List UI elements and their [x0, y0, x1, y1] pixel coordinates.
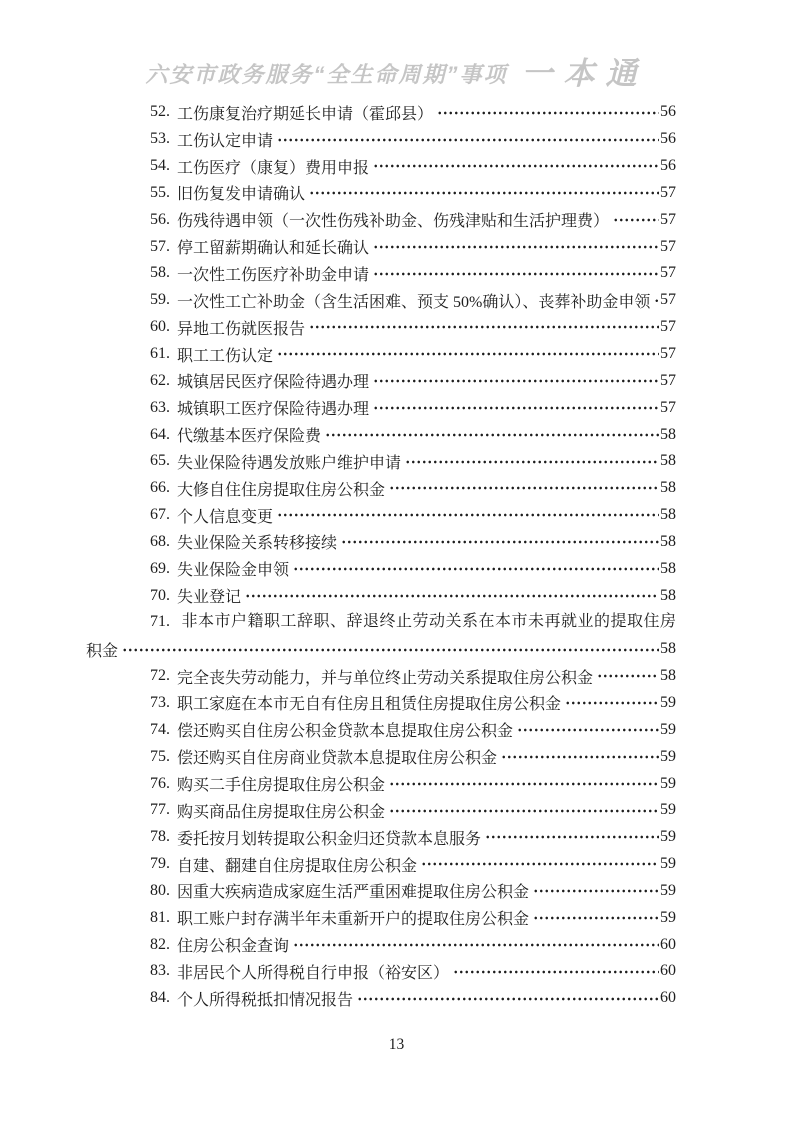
toc-entry-number: 64.	[150, 426, 170, 444]
toc-page-number: 57	[660, 318, 676, 336]
toc-entry: 78.委托按月划转提取公积金归还贷款本息服务59	[86, 824, 676, 851]
toc-entry-title: 失业保险金申领	[177, 557, 289, 580]
toc-entry: 79.自建、翻建自住房提取住房公积金59	[86, 851, 676, 878]
toc-entry-title: 旧伤复发申请确认	[177, 181, 305, 204]
dot-leader	[277, 502, 659, 529]
toc-entry-number: 60.	[150, 318, 170, 336]
toc-page-number: 56	[660, 103, 676, 121]
toc-entry-title: 个人所得税抵扣情况报告	[177, 987, 353, 1010]
toc-entry: 69.失业保险金申领58	[86, 555, 676, 582]
toc-entry: 82.住房公积金查询60	[86, 931, 676, 958]
toc-page-number: 59	[660, 909, 676, 927]
toc-entry: 75.偿还购买自住房商业贷款本息提取住房公积金59	[86, 743, 676, 770]
toc-entry-title: 城镇居民医疗保险待遇办理	[177, 369, 369, 392]
toc-entry-title: 失业登记	[177, 584, 241, 607]
dot-leader	[373, 394, 659, 421]
toc-entry-title: 自建、翻建自住房提取住房公积金	[177, 853, 417, 876]
toc-entry-number: 71.	[150, 613, 170, 630]
dot-leader	[453, 958, 659, 985]
toc-entry-title: 积金	[86, 638, 118, 661]
page-number: 13	[389, 1036, 405, 1053]
toc-page-number: 58	[660, 560, 676, 578]
toc-entry-title: 职工账户封存满半年未重新开户的提取住房公积金	[177, 906, 529, 929]
dot-leader	[293, 555, 659, 582]
toc-entry-number: 62.	[150, 372, 170, 390]
toc-entry-number: 65.	[150, 452, 170, 470]
toc-entry-number: 67.	[150, 506, 170, 524]
toc-entry: 70.失业登记58	[86, 582, 676, 609]
toc-page-number: 59	[660, 855, 676, 873]
toc-entry-number: 53.	[150, 130, 170, 148]
toc-entry-title: 城镇职工医疗保险待遇办理	[177, 396, 369, 419]
toc-page-number: 56	[660, 157, 676, 175]
toc-entry-title: 失业保险关系转移接续	[177, 530, 337, 553]
toc-page-number: 57	[660, 345, 676, 363]
toc-entry: 81.职工账户封存满半年未重新开户的提取住房公积金59	[86, 904, 676, 931]
dot-leader	[389, 770, 659, 797]
dot-leader	[277, 126, 659, 153]
dot-leader	[437, 99, 659, 126]
toc-entry: 80.因重大疾病造成家庭生活严重困难提取住房公积金59	[86, 877, 676, 904]
toc-entry-number: 58.	[150, 264, 170, 282]
dot-leader	[293, 931, 659, 958]
toc-page-number: 57	[660, 291, 676, 309]
dot-leader	[309, 180, 659, 207]
toc-entry-number: 80.	[150, 882, 170, 900]
toc-entry-title: 非居民个人所得税自行申报（裕安区）	[177, 960, 449, 983]
toc-entry: 74.偿还购买自住房公积金贷款本息提取住房公积金59	[86, 716, 676, 743]
toc-entry-number: 82.	[150, 936, 170, 954]
toc-entry-number: 84.	[150, 989, 170, 1007]
toc-entry: 61.职工工伤认定57	[86, 341, 676, 368]
toc-page-number: 57	[660, 184, 676, 202]
toc-page-number: 60	[660, 989, 676, 1007]
toc-page-number: 59	[660, 801, 676, 819]
toc-entry-title: 购买二手住房提取住房公积金	[177, 772, 385, 795]
toc-entry-title: 完全丧失劳动能力，并与单位终止劳动关系提取住房公积金	[177, 665, 593, 688]
toc-entry-number: 83.	[150, 962, 170, 980]
dot-leader	[597, 663, 659, 690]
toc-entry-title: 大修自住住房提取住房公积金	[177, 477, 385, 500]
toc-entry-number: 81.	[150, 909, 170, 927]
toc-entry-title: 非本市户籍职工辞职、辞退终止劳动关系在本市未再就业的提取住房公	[150, 613, 676, 636]
dot-leader	[277, 341, 659, 368]
header-brand: 一本通	[522, 56, 648, 91]
page-header: 六安市政务服务“全生命周期”事项一本通	[0, 48, 793, 93]
toc-entry-number: 78.	[150, 828, 170, 846]
toc-entry-title: 停工留薪期确认和延长确认	[177, 235, 369, 258]
toc-entry-title: 偿还购买自住房商业贷款本息提取住房公积金	[177, 745, 497, 768]
table-of-contents: 52.工伤康复治疗期延长申请（霍邱县）5653.工伤认定申请5654.工伤医疗（…	[86, 99, 676, 1012]
dot-leader	[613, 206, 659, 233]
toc-entry: 52.工伤康复治疗期延长申请（霍邱县）56	[86, 99, 676, 126]
toc-entry-title: 职工家庭在本市无自有住房且租赁住房提取住房公积金	[177, 691, 561, 714]
toc-entry: 65.失业保险待遇发放账户维护申请58	[86, 448, 676, 475]
page-footer: 13	[0, 1036, 793, 1054]
toc-entry-title: 偿还购买自住房公积金贷款本息提取住房公积金	[177, 718, 513, 741]
dot-leader	[325, 421, 659, 448]
document-page: 六安市政务服务“全生命周期”事项一本通 52.工伤康复治疗期延长申请（霍邱县）5…	[0, 0, 793, 1122]
toc-entry: 60.异地工伤就医报告57	[86, 314, 676, 341]
toc-page-number: 60	[660, 936, 676, 954]
dot-leader	[533, 877, 659, 904]
dot-leader	[122, 636, 659, 663]
toc-page-number: 58	[660, 587, 676, 605]
toc-page-number: 58	[660, 640, 676, 658]
dot-leader	[501, 743, 659, 770]
toc-entry-number: 73.	[150, 694, 170, 712]
dot-leader	[357, 985, 659, 1012]
toc-page-number: 56	[660, 130, 676, 148]
toc-entry: 59.一次性工亡补助金（含生活困难、预支 50%确认）、丧葬补助金申领57	[86, 287, 676, 314]
toc-entry-number: 72.	[150, 667, 170, 685]
toc-entry-title: 代缴基本医疗保险费	[177, 423, 321, 446]
toc-entry-title: 工伤认定申请	[177, 128, 273, 151]
toc-page-number: 59	[660, 694, 676, 712]
toc-page-number: 57	[660, 264, 676, 282]
toc-entry-number: 63.	[150, 399, 170, 417]
toc-entry-title: 工伤康复治疗期延长申请（霍邱县）	[177, 101, 433, 124]
toc-page-number: 59	[660, 828, 676, 846]
dot-leader	[373, 260, 659, 287]
toc-entry-title: 因重大疾病造成家庭生活严重困难提取住房公积金	[177, 879, 529, 902]
toc-entry-title: 异地工伤就医报告	[177, 316, 305, 339]
toc-entry: 55.旧伤复发申请确认57	[86, 180, 676, 207]
dot-leader	[309, 314, 659, 341]
toc-page-number: 58	[660, 452, 676, 470]
toc-entry: 83.非居民个人所得税自行申报（裕安区）60	[86, 958, 676, 985]
header-title: 六安市政务服务“全生命周期”事项	[145, 62, 507, 87]
toc-entry-number: 79.	[150, 855, 170, 873]
toc-entry-number: 57.	[150, 238, 170, 256]
toc-entry-number: 77.	[150, 801, 170, 819]
toc-entry-number: 54.	[150, 157, 170, 175]
toc-page-number: 58	[660, 506, 676, 524]
dot-leader	[245, 582, 659, 609]
toc-page-number: 58	[660, 426, 676, 444]
toc-page-number: 60	[660, 962, 676, 980]
toc-entry-number: 56.	[150, 211, 170, 229]
toc-entry-title: 失业保险待遇发放账户维护申请	[177, 450, 401, 473]
toc-page-number: 57	[660, 372, 676, 390]
dot-leader	[373, 153, 659, 180]
toc-page-number: 59	[660, 721, 676, 739]
toc-entry: 57.停工留薪期确认和延长确认57	[86, 233, 676, 260]
toc-entry: 62.城镇居民医疗保险待遇办理57	[86, 367, 676, 394]
dot-leader	[421, 851, 659, 878]
toc-entry-title: 个人信息变更	[177, 504, 273, 527]
toc-entry-title: 工伤医疗（康复）费用申报	[177, 155, 369, 178]
toc-entry: 72.完全丧失劳动能力，并与单位终止劳动关系提取住房公积金58	[86, 663, 676, 690]
toc-entry-number: 74.	[150, 721, 170, 739]
toc-entry: 58.一次性工伤医疗补助金申请57	[86, 260, 676, 287]
toc-page-number: 58	[660, 533, 676, 551]
dot-leader	[389, 475, 659, 502]
toc-entry: 76.购买二手住房提取住房公积金59	[86, 770, 676, 797]
toc-page-number: 58	[660, 479, 676, 497]
toc-entry-continuation: 积金58	[86, 636, 676, 663]
dot-leader	[485, 824, 659, 851]
dot-leader	[341, 529, 659, 556]
toc-entry-number: 55.	[150, 184, 170, 202]
dot-leader	[373, 233, 659, 260]
toc-entry-number: 75.	[150, 748, 170, 766]
toc-page-number: 57	[660, 399, 676, 417]
toc-page-number: 59	[660, 882, 676, 900]
toc-entry-title: 伤残待遇申领（一次性伤残补助金、伤残津贴和生活护理费）	[177, 208, 609, 231]
toc-entry-number: 66.	[150, 479, 170, 497]
toc-entry-number: 69.	[150, 560, 170, 578]
toc-page-number: 57	[660, 211, 676, 229]
toc-page-number: 59	[660, 748, 676, 766]
dot-leader	[405, 448, 659, 475]
toc-entry: 84.个人所得税抵扣情况报告60	[86, 985, 676, 1012]
toc-entry-number: 68.	[150, 533, 170, 551]
toc-entry: 64.代缴基本医疗保险费58	[86, 421, 676, 448]
toc-entry: 53.工伤认定申请56	[86, 126, 676, 153]
toc-entry-number: 70.	[150, 587, 170, 605]
dot-leader	[533, 904, 659, 931]
dot-leader	[654, 287, 659, 314]
toc-entry-title: 一次性工亡补助金（含生活困难、预支 50%确认）、丧葬补助金申领	[177, 289, 650, 312]
toc-entry: 77.购买商品住房提取住房公积金59	[86, 797, 676, 824]
toc-entry: 54.工伤医疗（康复）费用申报56	[86, 153, 676, 180]
toc-entry: 73.职工家庭在本市无自有住房且租赁住房提取住房公积金59	[86, 690, 676, 717]
toc-entry: 67.个人信息变更58	[86, 502, 676, 529]
toc-entry: 63.城镇职工医疗保险待遇办理57	[86, 394, 676, 421]
dot-leader	[389, 797, 659, 824]
dot-leader	[373, 367, 659, 394]
toc-entry-title: 购买商品住房提取住房公积金	[177, 799, 385, 822]
toc-entry: 71. 非本市户籍职工辞职、辞退终止劳动关系在本市未再就业的提取住房公	[86, 609, 676, 636]
toc-entry-title: 职工工伤认定	[177, 343, 273, 366]
toc-page-number: 58	[660, 667, 676, 685]
toc-entry-title: 一次性工伤医疗补助金申请	[177, 262, 369, 285]
dot-leader	[565, 690, 659, 717]
toc-entry: 56.伤残待遇申领（一次性伤残补助金、伤残津贴和生活护理费）57	[86, 206, 676, 233]
toc-page-number: 57	[660, 238, 676, 256]
toc-entry-title: 住房公积金查询	[177, 933, 289, 956]
toc-page-number: 59	[660, 775, 676, 793]
toc-entry-number: 52.	[150, 103, 170, 121]
toc-entry: 66.大修自住住房提取住房公积金58	[86, 475, 676, 502]
toc-entry: 68.失业保险关系转移接续58	[86, 529, 676, 556]
toc-entry-title: 委托按月划转提取公积金归还贷款本息服务	[177, 826, 481, 849]
toc-entry-number: 59.	[150, 291, 170, 309]
toc-entry-number: 76.	[150, 775, 170, 793]
toc-entry-number: 61.	[150, 345, 170, 363]
dot-leader	[517, 716, 659, 743]
